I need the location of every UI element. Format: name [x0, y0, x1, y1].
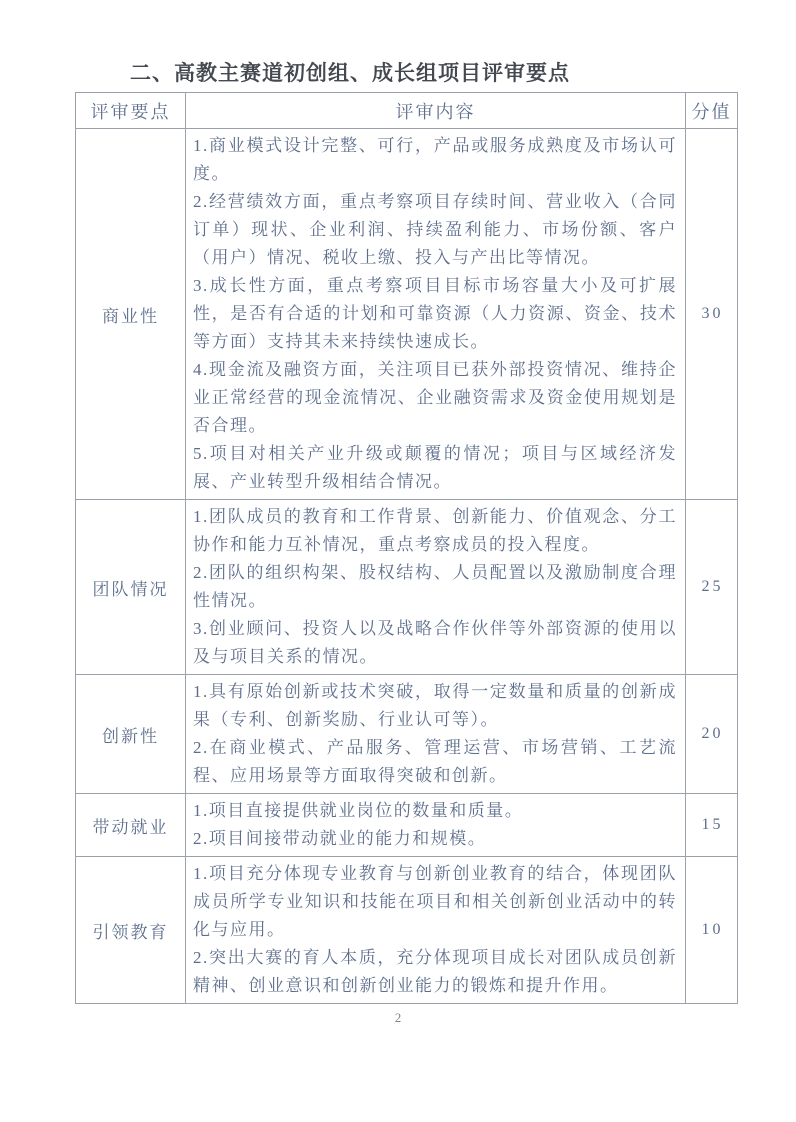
page-number: 2	[0, 1010, 796, 1026]
content-item: 2.突出大赛的育人本质，充分体现项目成长对团队成员创新精神、创业意识和创新创业能…	[193, 944, 677, 1000]
table-row-commercial: 商业性 1.商业模式设计完整、可行，产品或服务成熟度及市场认可度。 2.经营绩效…	[76, 129, 738, 500]
criterion-cell: 创新性	[76, 675, 186, 794]
content-cell: 1.商业模式设计完整、可行，产品或服务成熟度及市场认可度。 2.经营绩效方面，重…	[186, 129, 686, 500]
table-row-team: 团队情况 1.团队成员的教育和工作背景、创新能力、价值观念、分工协作和能力互补情…	[76, 500, 738, 675]
content-cell: 1.团队成员的教育和工作背景、创新能力、价值观念、分工协作和能力互补情况，重点考…	[186, 500, 686, 675]
criterion-cell: 商业性	[76, 129, 186, 500]
content-item: 4.现金流及融资方面，关注项目已获外部投资情况、维持企业正常经营的现金流情况、企…	[193, 356, 677, 440]
col-header-criterion: 评审要点	[76, 93, 186, 129]
table-row-employment: 带动就业 1.项目直接提供就业岗位的数量和质量。 2.项目间接带动就业的能力和规…	[76, 794, 738, 857]
criterion-cell: 引领教育	[76, 857, 186, 1004]
content-item: 3.创业顾问、投资人以及战略合作伙伴等外部资源的使用以及与项目关系的情况。	[193, 615, 677, 671]
table-row-education: 引领教育 1.项目充分体现专业教育与创新创业教育的结合，体现团队成员所学专业知识…	[76, 857, 738, 1004]
content-item: 2.项目间接带动就业的能力和规模。	[193, 825, 677, 853]
criterion-cell: 带动就业	[76, 794, 186, 857]
content-item: 2.经营绩效方面，重点考察项目存续时间、营业收入（合同订单）现状、企业利润、持续…	[193, 188, 677, 272]
content-cell: 1.具有原始创新或技术突破，取得一定数量和质量的创新成果（专利、创新奖励、行业认…	[186, 675, 686, 794]
col-header-content: 评审内容	[186, 93, 686, 129]
content-item: 2.团队的组织构架、股权结构、人员配置以及激励制度合理性情况。	[193, 559, 677, 615]
content-cell: 1.项目充分体现专业教育与创新创业教育的结合，体现团队成员所学专业知识和技能在项…	[186, 857, 686, 1004]
score-cell: 30	[686, 129, 738, 500]
document-page: 二、高教主赛道初创组、成长组项目评审要点 评审要点 评审内容 分值 商业性 1.…	[0, 0, 796, 1122]
content-item: 1.项目充分体现专业教育与创新创业教育的结合，体现团队成员所学专业知识和技能在项…	[193, 860, 677, 944]
content-cell: 1.项目直接提供就业岗位的数量和质量。 2.项目间接带动就业的能力和规模。	[186, 794, 686, 857]
content-item: 1.项目直接提供就业岗位的数量和质量。	[193, 797, 677, 825]
page-title: 二、高教主赛道初创组、成长组项目评审要点	[130, 57, 570, 87]
score-cell: 15	[686, 794, 738, 857]
col-header-score: 分值	[686, 93, 738, 129]
score-cell: 10	[686, 857, 738, 1004]
content-item: 5.项目对相关产业升级或颠覆的情况；项目与区域经济发展、产业转型升级相结合情况。	[193, 440, 677, 496]
criterion-cell: 团队情况	[76, 500, 186, 675]
content-item: 1.具有原始创新或技术突破，取得一定数量和质量的创新成果（专利、创新奖励、行业认…	[193, 678, 677, 734]
score-cell: 20	[686, 675, 738, 794]
table-header-row: 评审要点 评审内容 分值	[76, 93, 738, 129]
score-cell: 25	[686, 500, 738, 675]
content-item: 2.在商业模式、产品服务、管理运营、市场营销、工艺流程、应用场景等方面取得突破和…	[193, 734, 677, 790]
content-item: 1.商业模式设计完整、可行，产品或服务成熟度及市场认可度。	[193, 132, 677, 188]
review-table: 评审要点 评审内容 分值 商业性 1.商业模式设计完整、可行，产品或服务成熟度及…	[75, 92, 738, 1004]
table-row-innovation: 创新性 1.具有原始创新或技术突破，取得一定数量和质量的创新成果（专利、创新奖励…	[76, 675, 738, 794]
content-item: 3.成长性方面，重点考察项目目标市场容量大小及可扩展性，是否有合适的计划和可靠资…	[193, 272, 677, 356]
content-item: 1.团队成员的教育和工作背景、创新能力、价值观念、分工协作和能力互补情况，重点考…	[193, 503, 677, 559]
